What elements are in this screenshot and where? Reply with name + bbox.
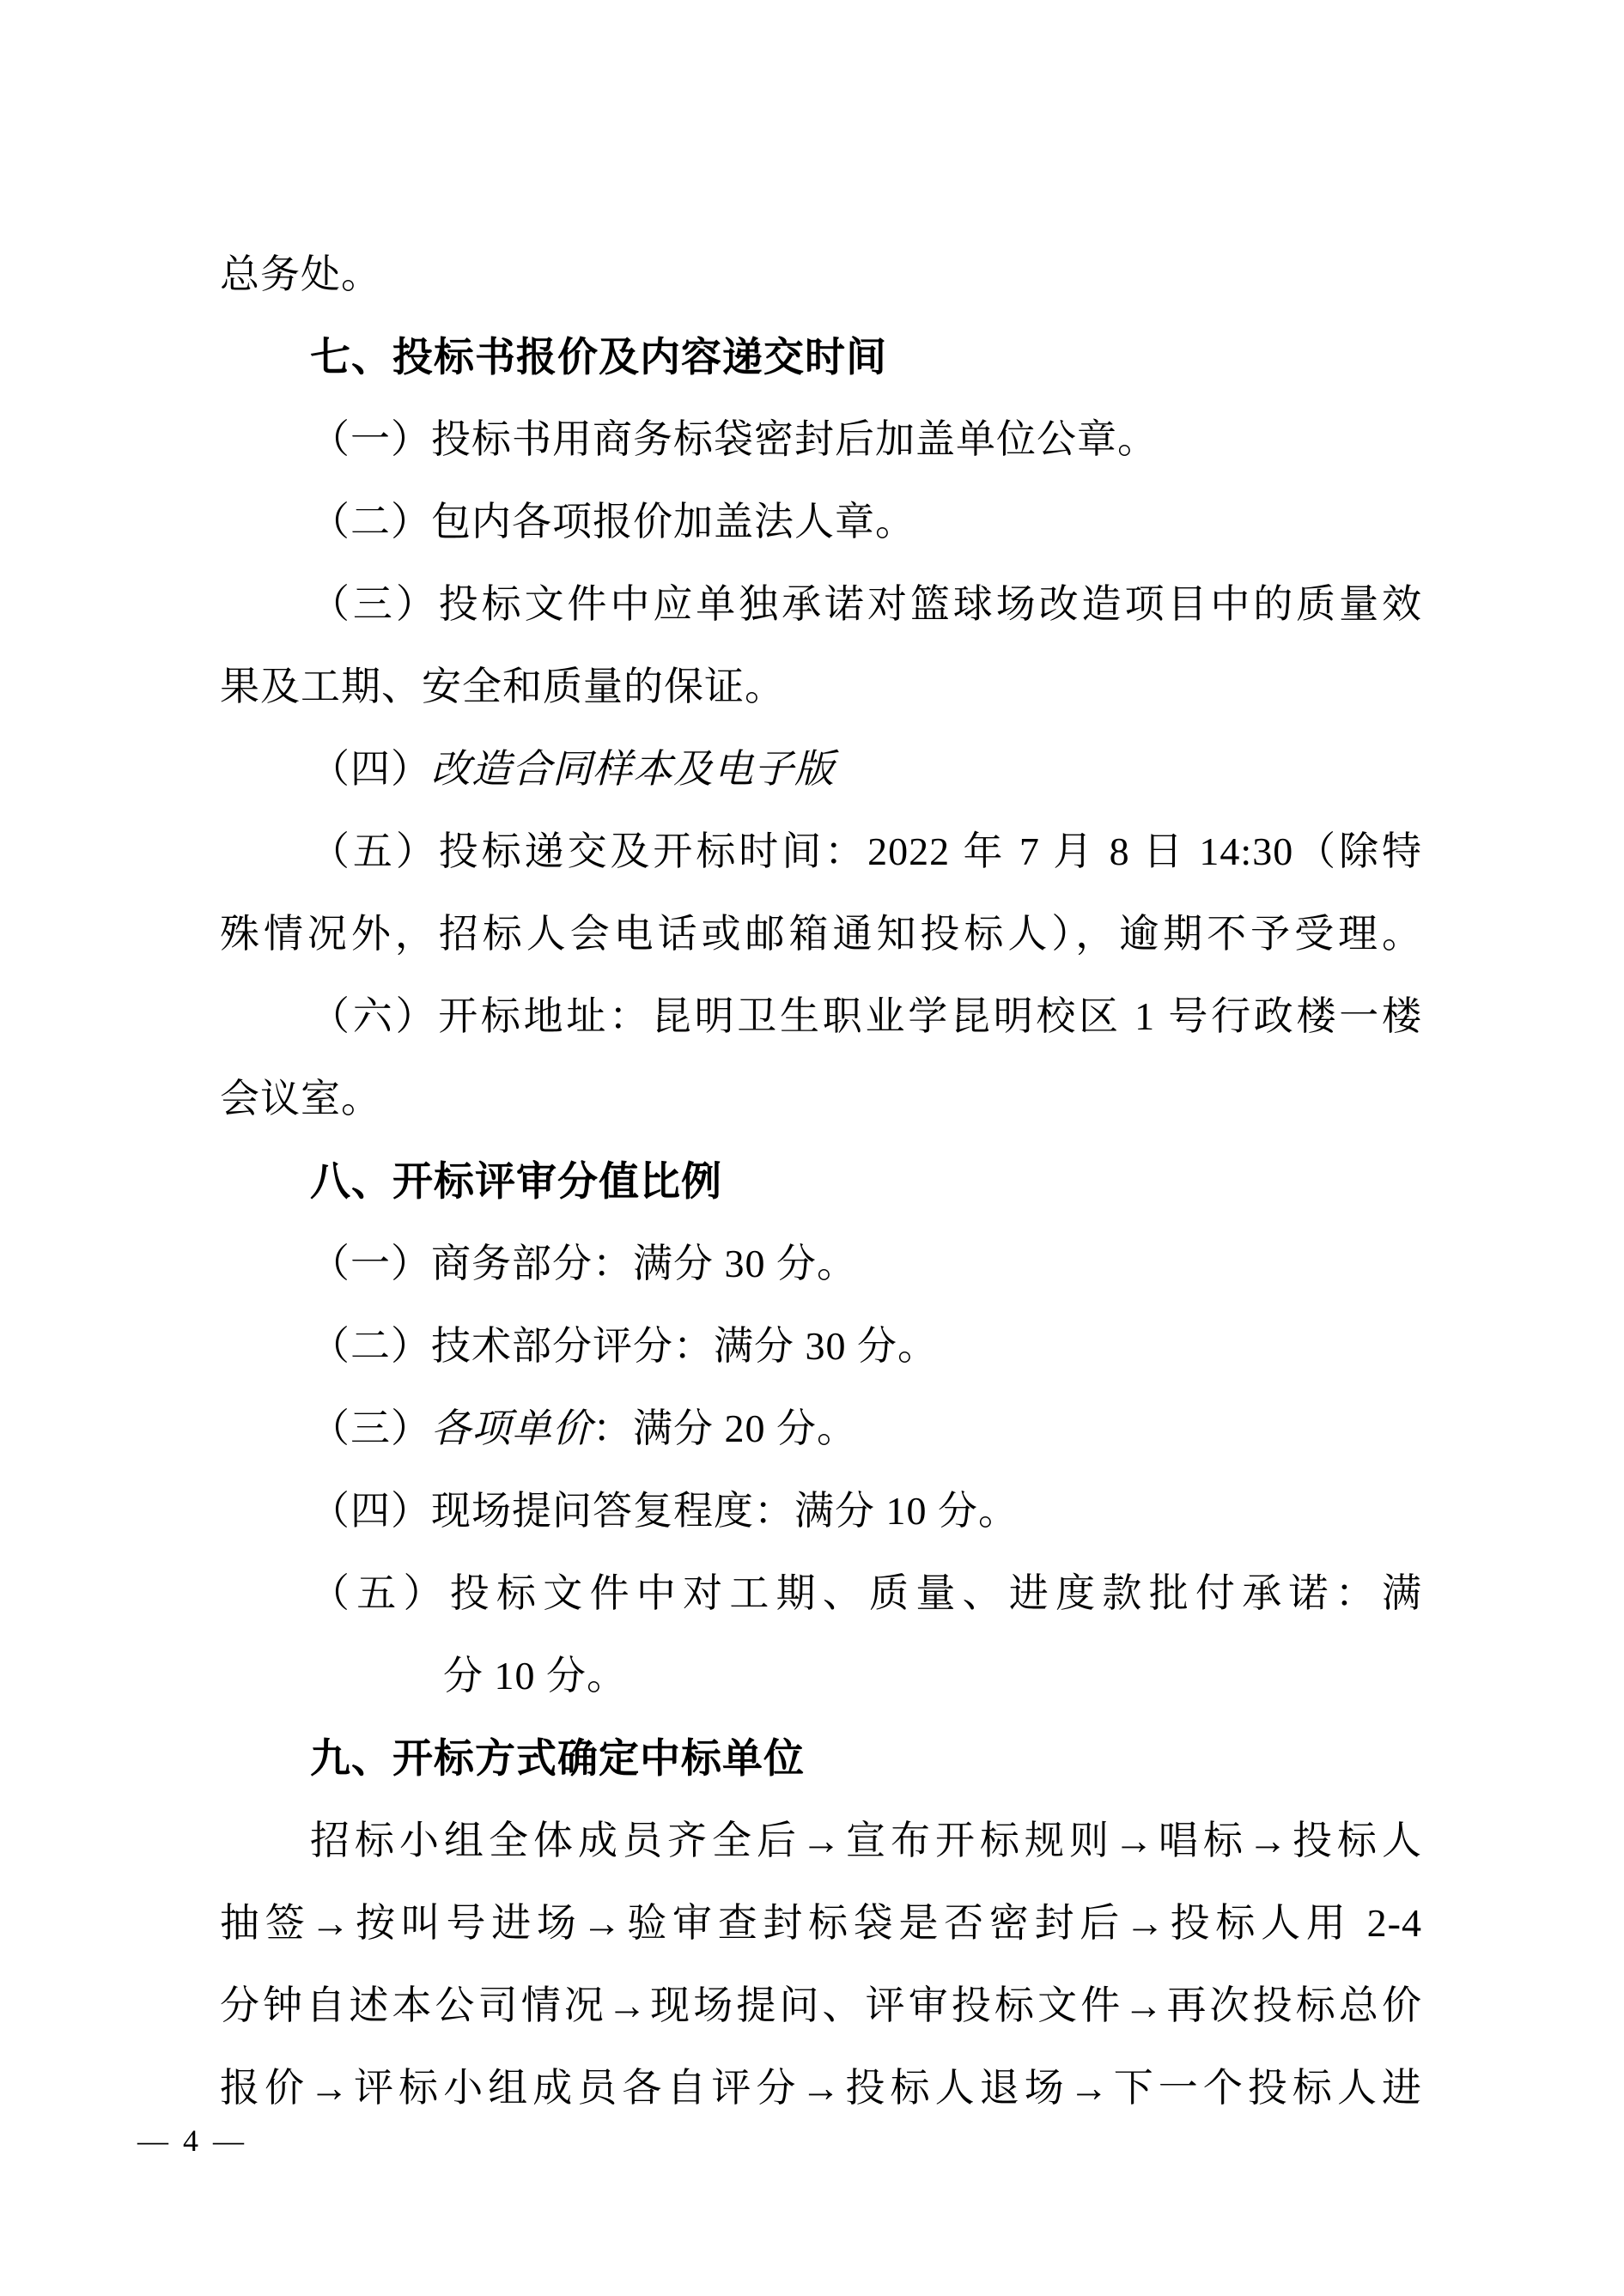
text-run: （四）现场提问答复程度：满分 10 分。 — [310, 1489, 1019, 1533]
text-run: 抽签→按叫号进场→验审查封标袋是否密封后→投标人用 2-4 — [220, 1901, 1422, 1945]
text-line: （二）技术部分评分：满分 30 分。 — [220, 1305, 1422, 1388]
text-run: （二）包内各项报价加盖法人章。 — [310, 500, 915, 544]
text-run: （五）投标文件中对工期、质量、进度款批付承诺：满 — [310, 1571, 1422, 1615]
text-run: 会议室。 — [220, 1077, 381, 1121]
text-run: （二）技术部分评分：满分 30 分。 — [310, 1324, 938, 1368]
section-heading: 九、开标方式确定中标单位 — [220, 1717, 1422, 1800]
text-run: （五）投标递交及开标时间：2022 年 7 月 8 日 14:30（除特 — [310, 829, 1422, 873]
text-line: 招标小组全体成员齐全后→宣布开标规则→唱标→投标人 — [220, 1800, 1422, 1882]
text-run: （一）投标书用商务标袋密封后加盖单位公章。 — [310, 417, 1158, 461]
text-run: ：满分 20 分。 — [593, 1406, 857, 1450]
text-line: （一）投标书用商务标袋密封后加盖单位公章。 — [220, 398, 1422, 481]
text-line: 会议室。 — [220, 1058, 1422, 1140]
section-heading: 八、开标评审分值比例 — [220, 1140, 1422, 1223]
text-run: 八、开标评审分值比例 — [310, 1158, 722, 1204]
section-heading: 七、投标书报价及内容递交时间 — [220, 316, 1422, 398]
text-line: （二）包内各项报价加盖法人章。 — [220, 481, 1422, 563]
text-line: 分钟自述本公司情况→现场提问、评审投标文件→再次投标总价 — [220, 1965, 1422, 2047]
text-run: （一）商务部分：满分 30 分。 — [310, 1242, 857, 1285]
text-line: （一）商务部分：满分 30 分。 — [220, 1223, 1422, 1305]
text-line: 总务处。 — [220, 234, 1422, 316]
text-run: 分钟自述本公司情况→现场提问、评审投标文件→再次投标总价 — [220, 1983, 1422, 2027]
kaiti-text-run: 改造合同样本及电子版 — [431, 747, 835, 791]
text-line: 殊情况外，招标人会电话或邮箱通知投标人），逾期不予受理。 — [220, 893, 1422, 975]
text-run: （四） — [310, 747, 431, 791]
text-line: （四）改造合同样本及电子版 — [220, 728, 1422, 811]
kaiti-text-run: 各项单价 — [431, 1406, 593, 1450]
text-line: 果及工期、安全和质量的保证。 — [220, 646, 1422, 728]
text-run: 总务处。 — [220, 252, 381, 296]
text-run: 果及工期、安全和质量的保证。 — [220, 665, 785, 708]
text-line: （五）投标递交及开标时间：2022 年 7 月 8 日 14:30（除特 — [220, 811, 1422, 893]
text-run: 九、开标方式确定中标单位 — [310, 1735, 805, 1781]
document-body: 总务处。七、投标书报价及内容递交时间（一）投标书用商务标袋密封后加盖单位公章。（… — [220, 234, 1422, 2129]
text-line: 抽签→按叫号进场→验审查封标袋是否密封后→投标人用 2-4 — [220, 1882, 1422, 1965]
text-run: 招标小组全体成员齐全后→宣布开标规则→唱标→投标人 — [310, 1819, 1422, 1862]
text-run: （三） — [310, 1406, 431, 1450]
text-run: （三）投标文件中应单独承诺对篮球场改造项目中的质量效 — [310, 582, 1422, 626]
text-run: 报价→评标小组成员各自评分→投标人退场→下一个投标人进 — [220, 2066, 1422, 2110]
text-run: （六）开标地址：昆明卫生职业学昆明校区 1 号行政楼一楼 — [310, 994, 1422, 1038]
text-line: （五）投标文件中对工期、质量、进度款批付承诺：满 — [220, 1552, 1422, 1635]
text-run: 分 10 分。 — [443, 1654, 627, 1698]
text-line: 报价→评标小组成员各自评分→投标人退场→下一个投标人进 — [220, 2047, 1422, 2129]
text-run: 七、投标书报价及内容递交时间 — [310, 334, 887, 380]
document-page: 总务处。七、投标书报价及内容递交时间（一）投标书用商务标袋密封后加盖单位公章。（… — [0, 0, 1624, 2296]
text-line: 分 10 分。 — [220, 1635, 1422, 1717]
text-line: （六）开标地址：昆明卫生职业学昆明校区 1 号行政楼一楼 — [220, 975, 1422, 1058]
text-line: （三）各项单价：满分 20 分。 — [220, 1388, 1422, 1470]
text-line: （四）现场提问答复程度：满分 10 分。 — [220, 1470, 1422, 1552]
text-line: （三）投标文件中应单独承诺对篮球场改造项目中的质量效 — [220, 563, 1422, 646]
text-run: 殊情况外，招标人会电话或邮箱通知投标人），逾期不予受理。 — [220, 912, 1422, 956]
page-number: — 4 — — [137, 2119, 247, 2162]
